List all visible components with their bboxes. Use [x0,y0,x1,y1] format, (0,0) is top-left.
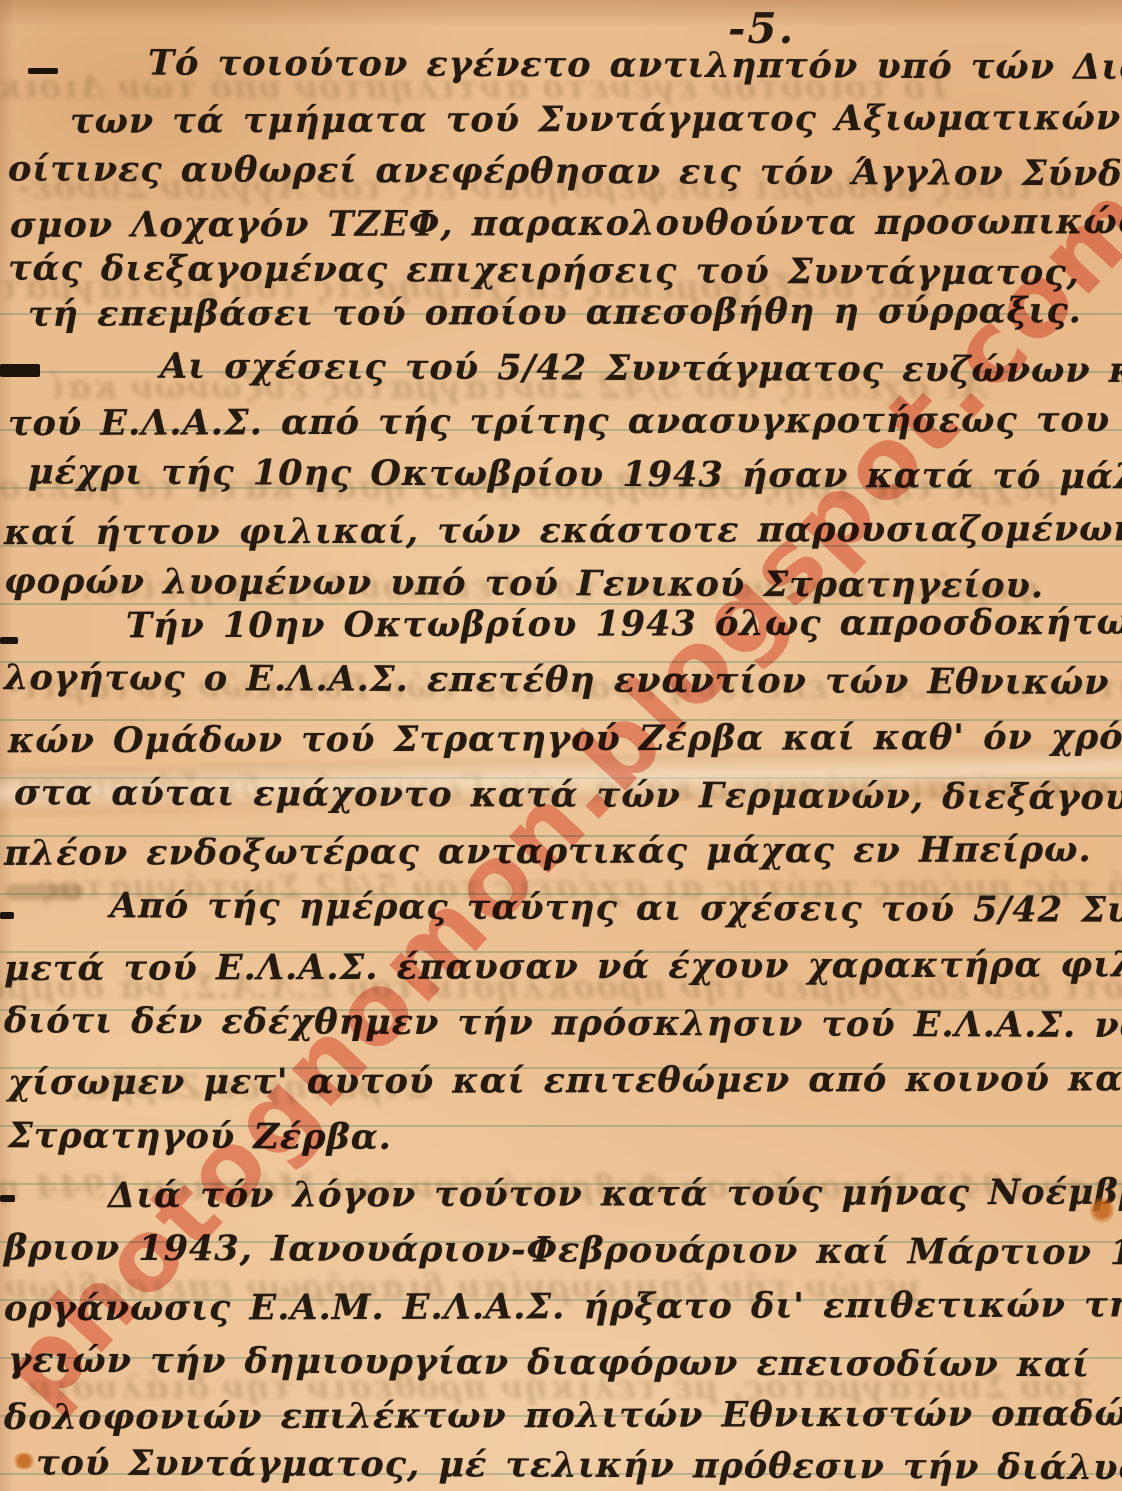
handwritten-line: Διά τόν λόγον τούτον κατά τούς μήνας Νοέ… [108,1172,1122,1217]
handwritten-line: τάς διεξαγομένας επιχειρήσεις τού Συντάγ… [8,249,1080,294]
handwritten-line: οίτινες αυθωρεί ανεφέρθησαν εις τόν Άγγλ… [8,149,1122,194]
handwritten-line: φορών λυομένων υπό τού Γενικού Στρατηγεί… [4,562,1044,607]
handwritten-line: γειών τήν δημιουργίαν διαφόρων επεισοδίω… [8,1341,1090,1386]
handwritten-line: πλέον ενδοξωτέρας ανταρτικάς μάχας εν Ηπ… [4,830,1092,874]
handwritten-line: Αι σχέσεις τού 5/42 Συντάγματος ευζώνων … [160,347,1122,392]
margin-dash [0,364,40,377]
ink-stain [12,1453,36,1469]
handwritten-line: τού Ε.Λ.Α.Σ. από τής τρίτης ανασυγκροτήσ… [8,400,1122,444]
handwritten-line: κών Ομάδων τού Στρατηγού Ζέρβα καί καθ' … [8,717,1122,762]
handwritten-line: δολοφονιών επιλέκτων πολιτών Εθνικιστών … [4,1394,1122,1438]
handwritten-line: καί ήττον φιλικαί, τών εκάστοτε παρουσια… [4,509,1122,554]
handwritten-line: βριον 1943, Ιανουάριον-Φεβρουάριον καί Μ… [4,1228,1122,1274]
handwritten-line: στα αύται εμάχοντο κατά τών Γερμανών, δι… [14,773,1122,819]
handwritten-line: σμον Λοχαγόν ΤΖΕΦ, παρακολουθούντα προσω… [10,202,1122,246]
manuscript-page: Τό τοιούτον εγένετο αντιληπτόν υπό τών Δ… [0,0,1122,1491]
handwritten-line: Τό τοιούτον εγένετο αντιληπτόν υπό τών Δ… [148,44,1122,89]
handwritten-line: οργάνωσις Ε.Α.Μ. Ε.Λ.Α.Σ. ήρξατο δι' επι… [4,1285,1122,1330]
handwritten-line: τού Συντάγματος, μέ τελικήν πρόθεσιν τήν… [36,1443,1122,1488]
handwritten-line: Από τής ημέρας ταύτης αι σχέσεις τού 5/4… [110,886,1122,932]
handwritten-line: Τήν 10ην Οκτωβρίου 1943 όλως απροσδοκήτω… [126,602,1122,647]
handwritten-line: Στρατηγού Ζέρβα. [8,1116,392,1158]
margin-dash [0,912,14,919]
page-number: -5. [728,8,795,50]
handwritten-line: λογήτως ο Ε.Λ.Α.Σ. επετέθη εναντίον τών … [4,658,1122,704]
handwritten-line: τή επεμβάσει τού οποίου απεσοβήθη η σύρρ… [28,291,1082,335]
margin-dash [0,637,18,644]
handwritten-line: διότι δέν εδέχθημεν τήν πρόσκλησιν τού Ε… [4,1001,1122,1047]
margin-dash [0,1195,15,1202]
handwritten-line: μετά τού Ε.Λ.Α.Σ. έπαυσαν νά έχουν χαρακ… [4,945,1122,990]
margin-dash [28,68,58,74]
handwritten-line: χίσωμεν μετ' αυτού καί επιτεθώμεν από κο… [8,1059,1122,1104]
handwritten-line: των τά τμήματα τού Συντάγματος Αξιωματικ… [70,98,1121,142]
handwritten-line: μέχρι τής 10ης Οκτωβρίου 1943 ήσαν κατά … [28,452,1122,497]
paper-smudge [6,884,84,900]
